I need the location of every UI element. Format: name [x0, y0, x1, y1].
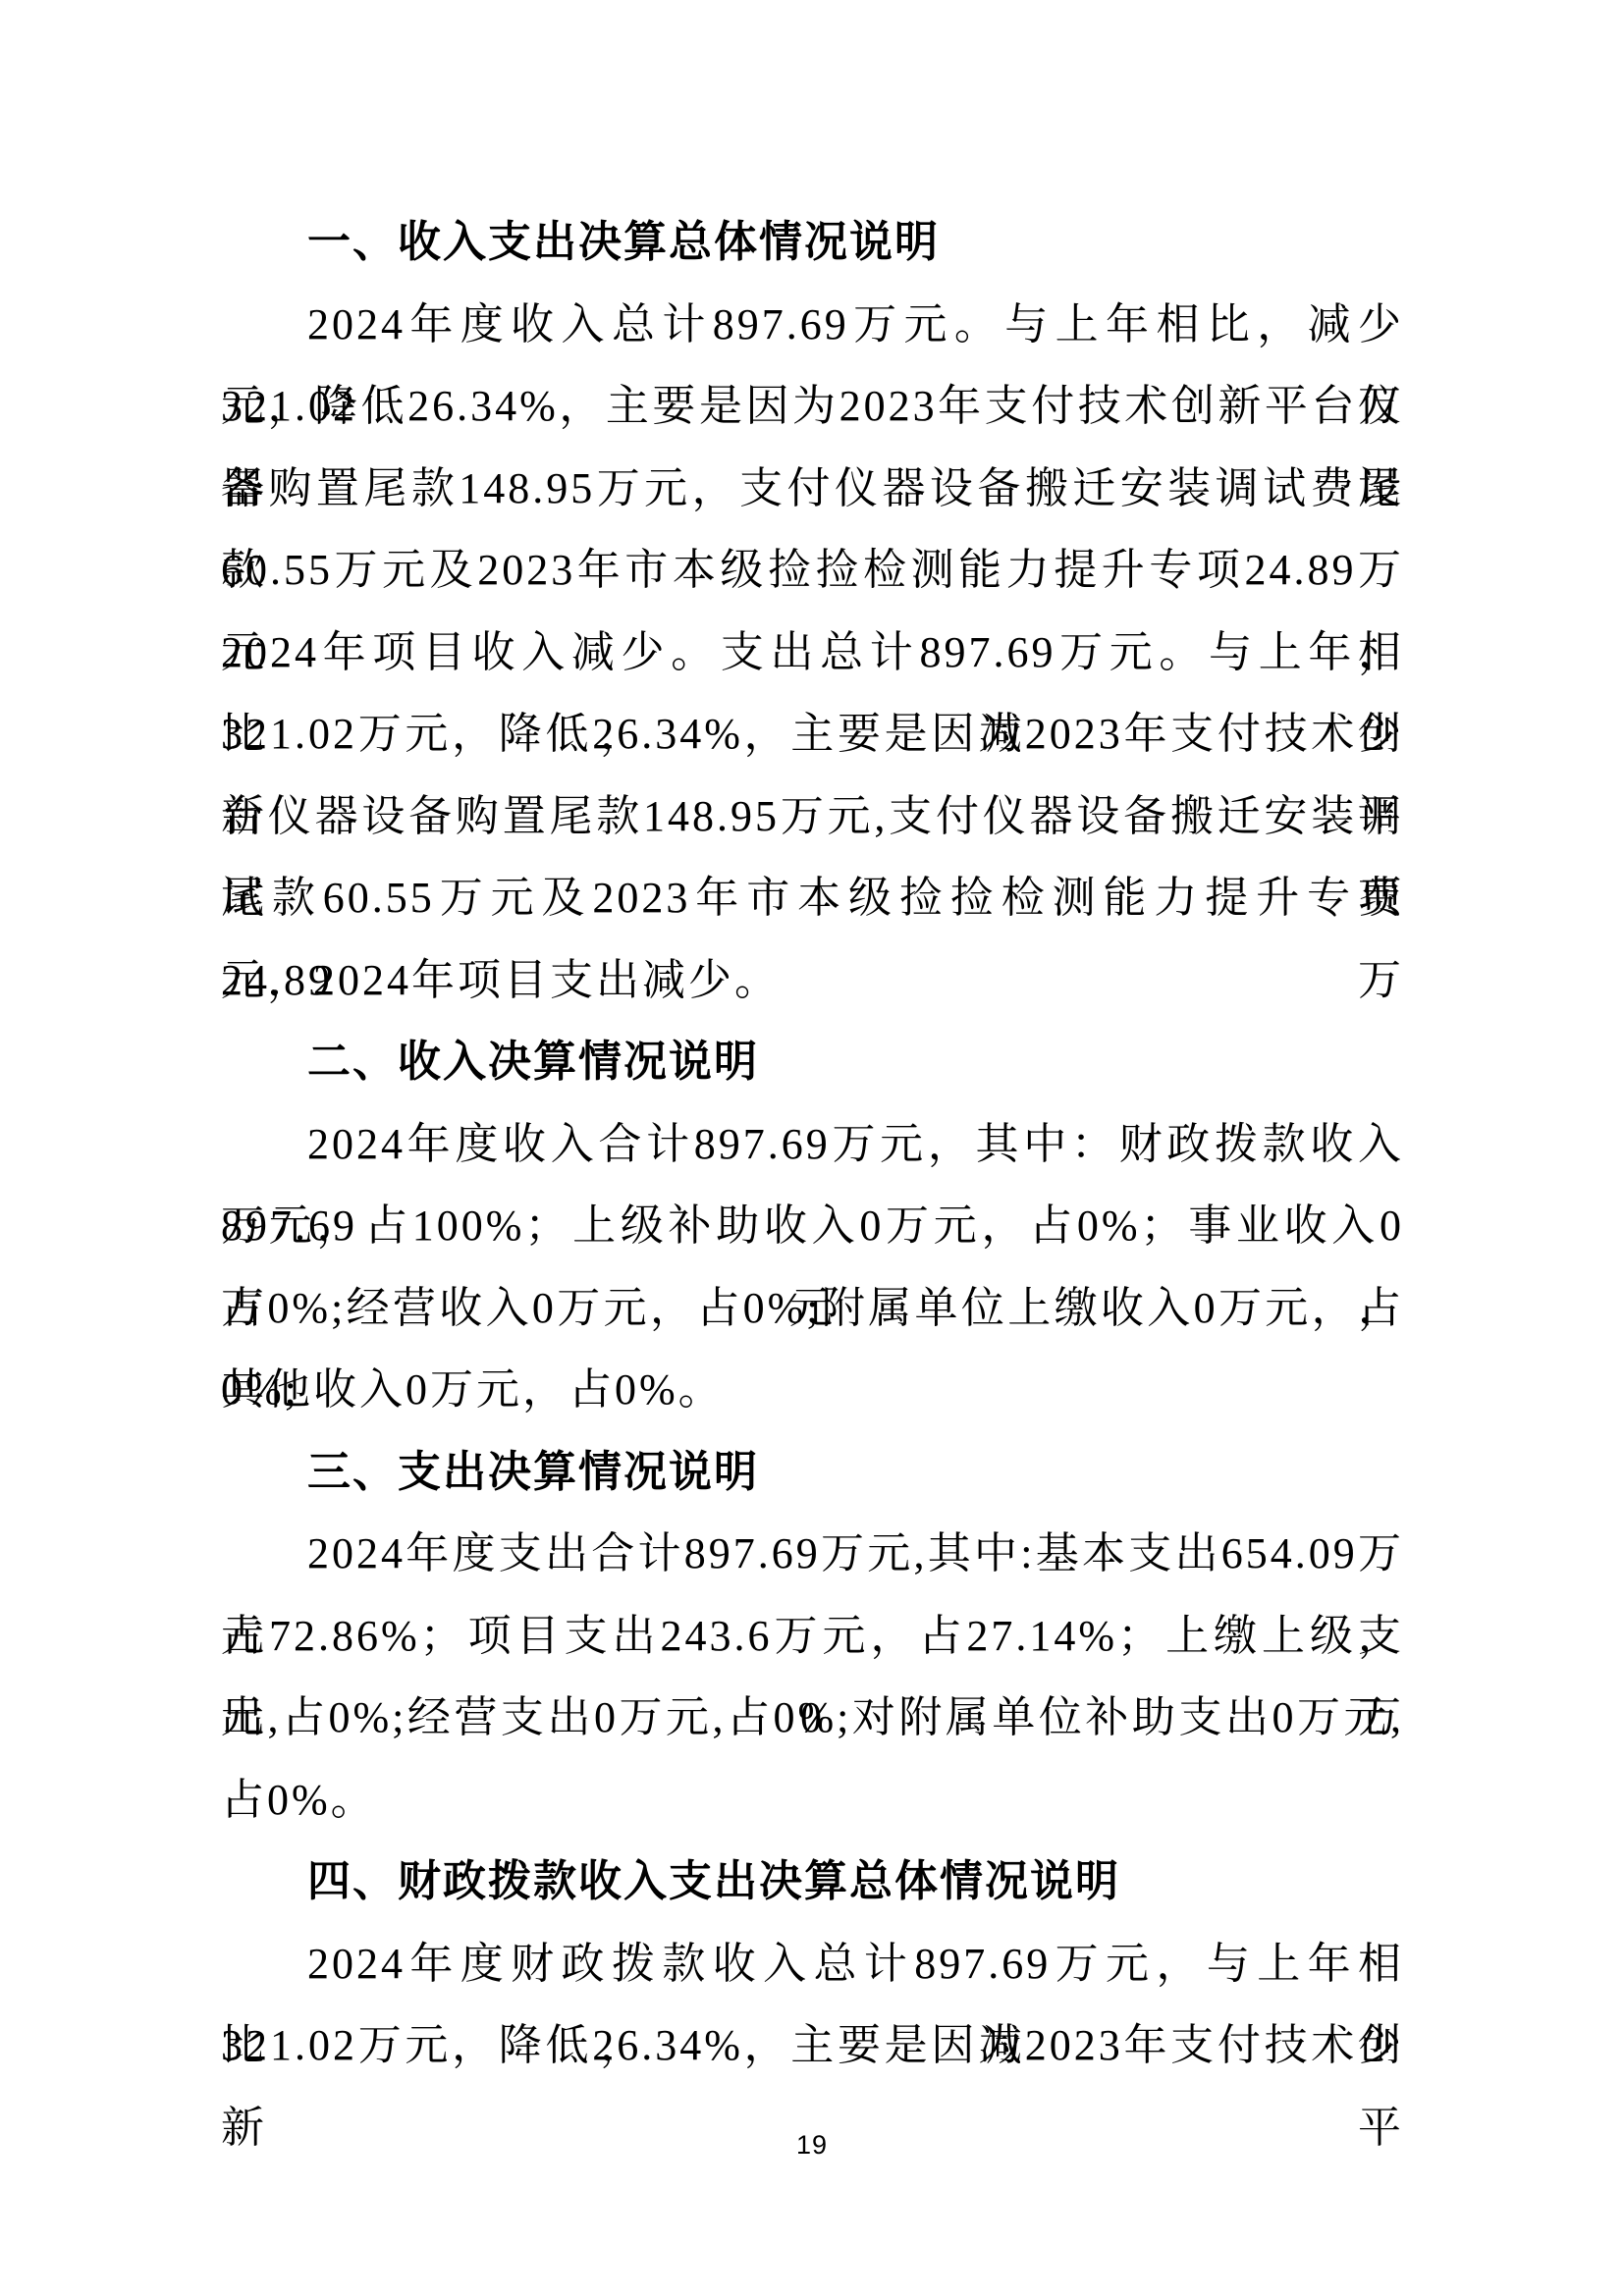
- body-line: 2024年度收入总计897.69万元。与上年相比，减少321.02万: [221, 284, 1404, 366]
- body-line: 321.02万元，降低26.34%，主要是因为2023年支付技术创新平: [221, 693, 1404, 775]
- page-number: 19: [0, 2130, 1624, 2161]
- body-line: 万元，占100%；上级补助收入0万元，占0%；事业收入0万元，: [221, 1185, 1404, 1267]
- body-line: 占0%。: [221, 1759, 1404, 1842]
- body-line: 尾款60.55万元及2023年市本级捡捡检测能力提升专项24.89万: [221, 857, 1404, 939]
- body-line: 321.02万元，降低26.34%，主要是因为2023年支付技术创新平: [221, 2004, 1404, 2087]
- body-line: 占0%;经营收入0万元，占0%;附属单位上缴收入0万元，占0%;: [221, 1267, 1404, 1350]
- section-heading-1: 一、收入支出决算总体情况说明: [221, 201, 1404, 284]
- text-column: 一、收入支出决算总体情况说明 2024年度收入总计897.69万元。与上年相比，…: [221, 201, 1404, 2087]
- body-line: 2024年度支出合计897.69万元,其中:基本支出654.09万元，: [221, 1513, 1404, 1595]
- section-heading-2: 二、收入决算情况说明: [221, 1021, 1404, 1103]
- body-line: 台仪器设备购置尾款148.95万元,支付仪器设备搬迁安装调试费: [221, 775, 1404, 858]
- section-heading-4: 四、财政拨款收入支出决算总体情况说明: [221, 1841, 1404, 1923]
- body-line: 备购置尾款148.95万元，支付仪器设备搬迁安装调试费尾款: [221, 448, 1404, 530]
- body-line: 2024年项目收入减少。支出总计897.69万元。与上年相比，减少: [221, 612, 1404, 694]
- body-line: 元，降低26.34%，主要是因为2023年支付技术创新平台仪器设: [221, 365, 1404, 448]
- body-line: 2024年度收入合计897.69万元，其中：财政拨款收入897.69: [221, 1103, 1404, 1186]
- body-line: 2024年度财政拨款收入总计897.69万元，与上年相比，减少: [221, 1923, 1404, 2005]
- body-line: 占72.86%；项目支出243.6万元，占27.14%；上缴上级支出0万: [221, 1595, 1404, 1678]
- body-line: 60.55万元及2023年市本级捡捡检测能力提升专项24.89万元，: [221, 529, 1404, 612]
- section-heading-3: 三、支出决算情况说明: [221, 1431, 1404, 1514]
- document-page: 一、收入支出决算总体情况说明 2024年度收入总计897.69万元。与上年相比，…: [0, 0, 1624, 2296]
- body-line: 其他收入0万元，占0%。: [221, 1349, 1404, 1431]
- body-line: 元,占0%;经营支出0万元,占0%;对附属单位补助支出0万元,: [221, 1677, 1404, 1759]
